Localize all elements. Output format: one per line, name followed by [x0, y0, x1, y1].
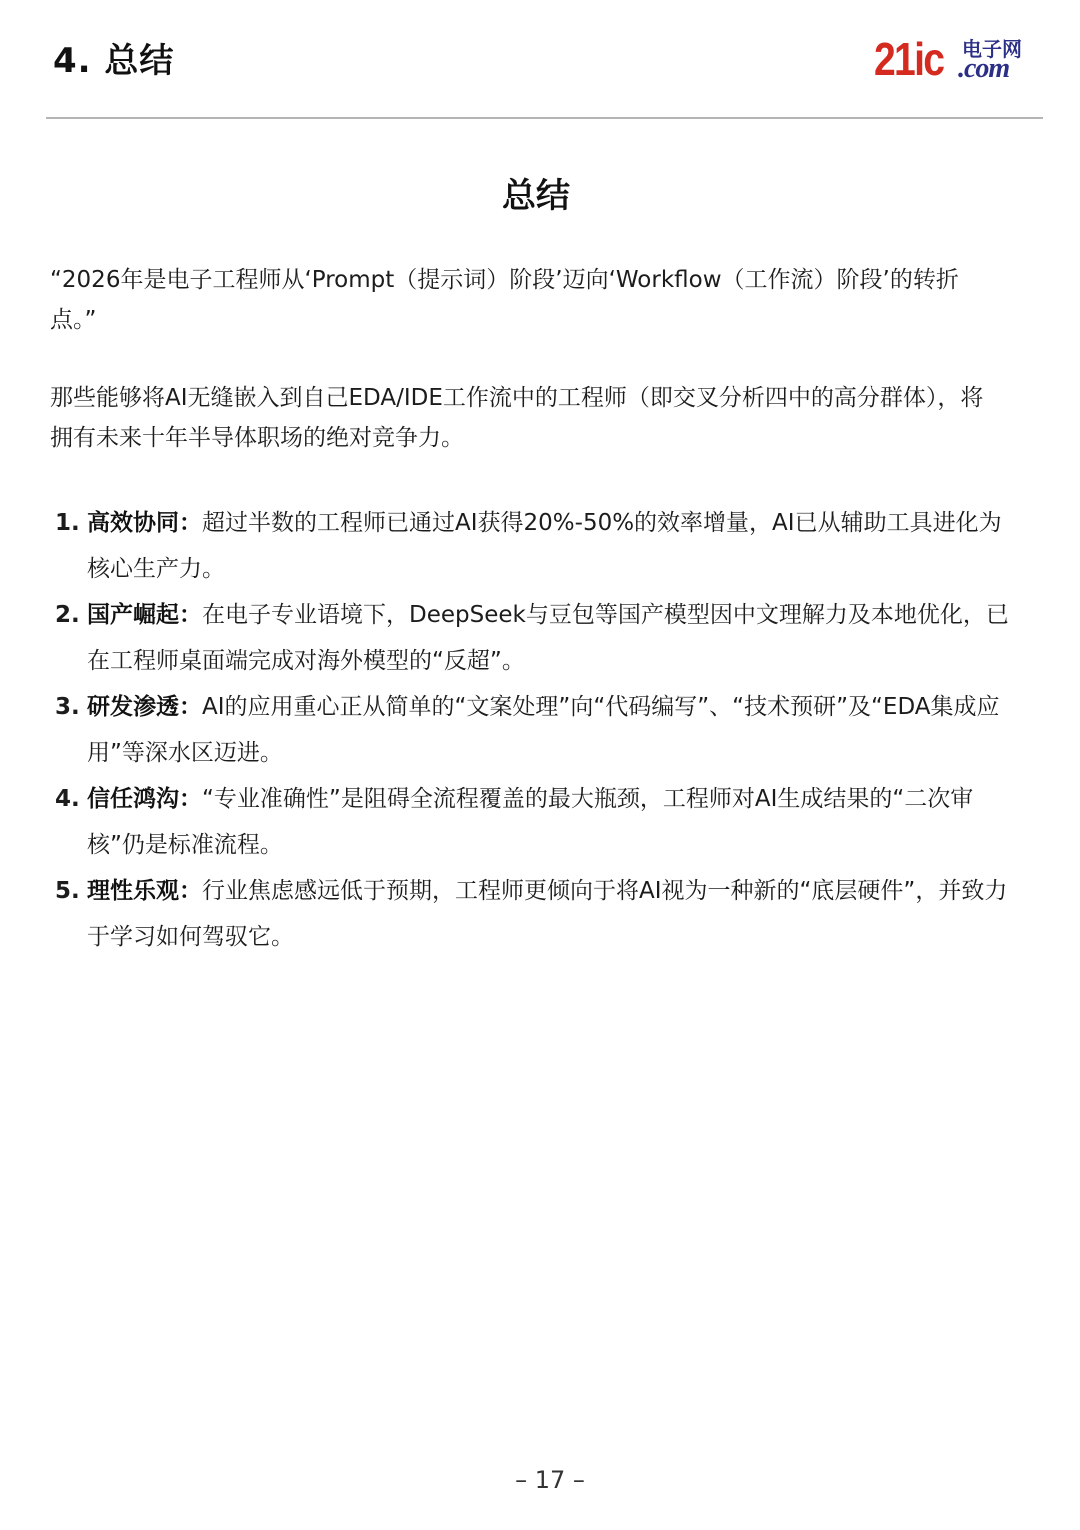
summary-point: 5.理性乐观：行业焦虑感远低于预期，工程师更倾向于将AI视为一种新的“底层硬件”…: [50, 868, 1010, 960]
point-text: 行业焦虑感远低于预期，工程师更倾向于将AI视为一种新的“底层硬件”，并致力于学习…: [87, 878, 1007, 950]
point-heading: 理性乐观：: [87, 878, 202, 904]
point-number: 1.: [55, 500, 80, 546]
21ic-logo: 21ic 电子网 .com: [874, 36, 1044, 86]
point-number: 5.: [55, 868, 80, 914]
summary-point: 2.国产崛起：在电子专业语境下，DeepSeek与豆包等国产模型因中文理解力及本…: [50, 592, 1010, 684]
page-header: 4. 总结 21ic 电子网 .com: [0, 0, 1080, 120]
point-text: “专业准确性”是阻碍全流程覆盖的最大瓶颈，工程师对AI生成结果的“二次审核”仍是…: [87, 786, 973, 858]
point-heading: 国产崛起：: [87, 602, 202, 628]
point-heading: 研发渗透：: [87, 694, 202, 720]
logo-number: 21ic: [874, 34, 943, 84]
point-number: 4.: [55, 776, 80, 822]
summary-point: 3.研发渗透：AI的应用重心正从简单的“文案处理”向“代码编写”、“技术预研”及…: [50, 684, 1010, 776]
point-number: 3.: [55, 684, 80, 730]
document-title: 总结: [0, 172, 1072, 220]
intro-paragraph: 那些能够将AI无缝嵌入到自己EDA/IDE工作流中的工程师（即交叉分析四中的高分…: [50, 378, 985, 458]
summary-point: 1.高效协同：超过半数的工程师已通过AI获得20%-50%的效率增量，AI已从辅…: [50, 500, 1010, 592]
header-divider: [46, 117, 1043, 119]
point-heading: 信任鸿沟：: [87, 786, 202, 812]
point-number: 2.: [55, 592, 80, 638]
point-heading: 高效协同：: [87, 510, 202, 536]
summary-points-list: 1.高效协同：超过半数的工程师已通过AI获得20%-50%的效率增量，AI已从辅…: [50, 500, 1010, 960]
point-text: 超过半数的工程师已通过AI获得20%-50%的效率增量，AI已从辅助工具进化为核…: [87, 510, 1002, 582]
point-text: 在电子专业语境下，DeepSeek与豆包等国产模型因中文理解力及本地优化，已在工…: [87, 602, 1009, 674]
logo-domain: .com: [958, 54, 1009, 84]
section-title: 4. 总结: [53, 38, 174, 84]
quote-paragraph: “2026年是电子工程师从‘Prompt（提示词）阶段’迈向‘Workflow（…: [50, 260, 985, 340]
point-text: AI的应用重心正从简单的“文案处理”向“代码编写”、“技术预研”及“EDA集成应…: [87, 694, 1000, 766]
summary-point: 4.信任鸿沟：“专业准确性”是阻碍全流程覆盖的最大瓶颈，工程师对AI生成结果的“…: [50, 776, 1010, 868]
page-number: – 17 –: [0, 1462, 1080, 1498]
